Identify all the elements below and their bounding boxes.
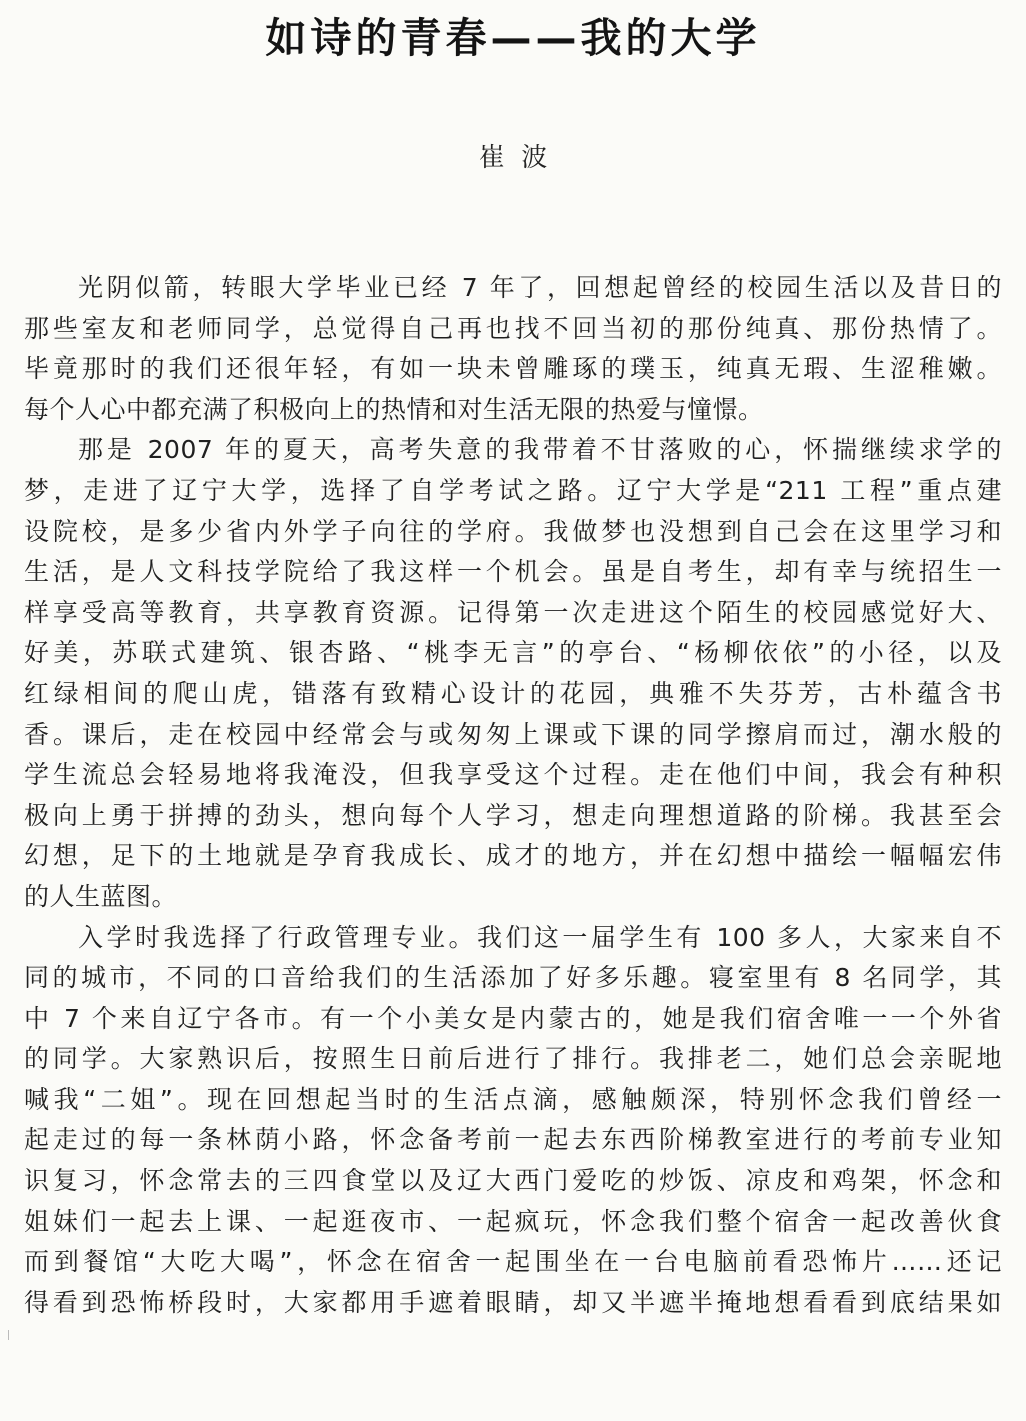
text-line: 起走过的每一条林荫小路，怀念备考前一起去东西阶梯教室进行的考前专业知 [24,1120,1002,1161]
scan-artifact [8,1330,9,1340]
text-line: 那是 2007 年的夏天，高考失意的我带着不甘落败的心，怀揣继续求学的 [24,430,1002,471]
text-line: 的人生蓝图。 [24,877,1002,918]
text-line: 入学时我选择了行政管理专业。我们这一届学生有 100 多人，大家来自不 [24,918,1002,959]
text-line: 幻想，足下的土地就是孕育我成长、成才的地方，并在幻想中描绘一幅幅宏伟 [24,836,1002,877]
text-line: 每个人心中都充满了积极向上的热情和对生活无限的热爱与憧憬。 [24,390,1002,431]
text-line: 好美，苏联式建筑、银杏路、“桃李无言”的亭台、“杨柳依依”的小径，以及 [24,633,1002,674]
text-line: 同的城市，不同的口音给我们的生活添加了好多乐趣。寝室里有 8 名同学，其 [24,958,1002,999]
text-line: 红绿相间的爬山虎，错落有致精心设计的花园，典雅不失芬芳，古朴蕴含书 [24,674,1002,715]
text-line: 设院校，是多少省内外学子向往的学府。我做梦也没想到自己会在这里学习和 [24,512,1002,553]
text-line: 梦，走进了辽宁大学，选择了自学考试之路。辽宁大学是“211 工程”重点建 [24,471,1002,512]
text-line: 那些室友和老师同学，总觉得自己再也找不回当初的那份纯真、那份热情了。 [24,309,1002,350]
text-line: 毕竟那时的我们还很年轻，有如一块未曾雕琢的璞玉，纯真无瑕、生涩稚嫩。 [24,349,1002,390]
text-line: 姐妹们一起去上课、一起逛夜市、一起疯玩，怀念我们整个宿舍一起改善伙食 [24,1202,1002,1243]
text-line: 得看到恐怖桥段时，大家都用手遮着眼睛，却又半遮半掩地想看看到底结果如 [24,1283,1002,1324]
text-line: 极向上勇于拼搏的劲头，想向每个人学习，想走向理想道路的阶梯。我甚至会 [24,796,1002,837]
article-title: 如诗的青春——我的大学 [0,10,1026,66]
text-line: 生活，是人文科技学院给了我这样一个机会。虽是自考生，却有幸与统招生一 [24,552,1002,593]
text-line: 的同学。大家熟识后，按照生日前后进行了排行。我排老二，她们总会亲昵地 [24,1039,1002,1080]
text-line: 喊我“二姐”。现在回想起当时的生活点滴，感触颇深，特别怀念我们曾经一 [24,1080,1002,1121]
text-line: 而到餐馆“大吃大喝”，怀念在宿舍一起围坐在一台电脑前看恐怖片……还记 [24,1242,1002,1283]
text-line: 光阴似箭，转眼大学毕业已经 7 年了，回想起曾经的校园生活以及昔日的 [24,268,1002,309]
article-author: 崔 波 [0,140,1026,176]
article-body: 光阴似箭，转眼大学毕业已经 7 年了，回想起曾经的校园生活以及昔日的那些室友和老… [24,268,1002,1323]
text-line: 学生流总会轻易地将我淹没，但我享受这个过程。走在他们中间，我会有种积 [24,755,1002,796]
text-line: 香。课后，走在校园中经常会与或匆匆上课或下课的同学擦肩而过，潮水般的 [24,715,1002,756]
text-line: 中 7 个来自辽宁各市。有一个小美女是内蒙古的，她是我们宿舍唯一一个外省 [24,999,1002,1040]
document-page: 如诗的青春——我的大学 崔 波 光阴似箭，转眼大学毕业已经 7 年了，回想起曾经… [0,0,1026,1421]
text-line: 样享受高等教育，共享教育资源。记得第一次走进这个陌生的校园感觉好大、 [24,593,1002,634]
text-line: 识复习，怀念常去的三四食堂以及辽大西门爱吃的炒饭、凉皮和鸡架，怀念和 [24,1161,1002,1202]
